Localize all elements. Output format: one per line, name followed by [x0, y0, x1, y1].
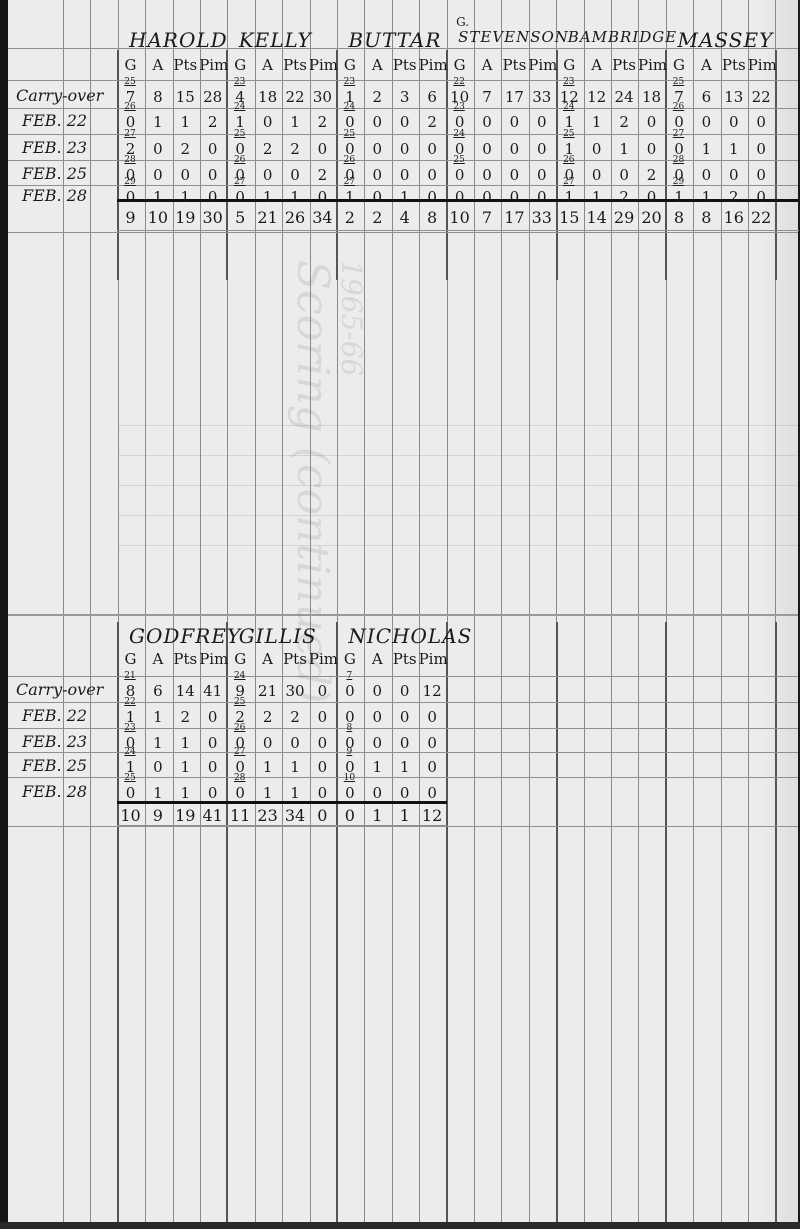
game-number: 26 [229, 156, 251, 165]
game-number: 26 [338, 156, 360, 165]
stat-cell-a: 21 [254, 684, 281, 699]
stat-cell-pim: 0 [419, 736, 446, 751]
stat-column-header: G [556, 58, 583, 73]
stat-cell-a: 0 [144, 142, 171, 157]
stat-cell-a: 1 [144, 710, 171, 725]
game-number: 26 [558, 156, 580, 165]
total-cell-pim: 30 [199, 210, 226, 226]
grid-vertical-rule [255, 0, 256, 1222]
grid-vertical-rule [721, 0, 722, 1222]
stat-cell-pts: 0 [391, 142, 418, 157]
stat-cell-pim: 0 [638, 115, 665, 130]
stat-cell-a: 0 [364, 736, 391, 751]
bottom-row-label: FEB. 25 [22, 758, 87, 774]
stat-cell-pts: 0 [391, 786, 418, 801]
stat-column-header: A [693, 58, 720, 73]
stat-column-header: G [336, 58, 363, 73]
total-cell-g: 5 [227, 210, 254, 226]
stat-cell-a: 0 [364, 684, 391, 699]
stat-cell-pim: 30 [309, 90, 336, 105]
stat-cell-a: 1 [583, 115, 610, 130]
total-cell-a: 9 [144, 808, 171, 824]
stat-column-header: Pim [419, 652, 446, 667]
game-number: 24 [448, 130, 470, 139]
stat-column-header: Pts [501, 58, 528, 73]
stat-column-header: G [117, 652, 144, 667]
game-number: 7 [338, 672, 360, 681]
stat-cell-pim: 0 [309, 786, 336, 801]
total-cell-pts: 4 [391, 210, 418, 226]
total-cell-pim: 12 [419, 808, 446, 824]
bottom-row-label: FEB. 28 [22, 784, 87, 800]
stat-cell-pts: 1 [282, 115, 309, 130]
stat-column-header: Pts [172, 652, 199, 667]
stat-cell-pts: 0 [172, 168, 199, 183]
game-number: 10 [338, 774, 360, 783]
total-cell-g: 11 [227, 808, 254, 824]
stat-cell-pim: 0 [638, 142, 665, 157]
grid-vertical-rule [173, 0, 174, 1222]
stat-cell-a: 0 [474, 142, 501, 157]
total-cell-pts: 29 [611, 210, 638, 226]
stat-column-header: Pts [391, 58, 418, 73]
stat-cell-g: 0 [117, 115, 144, 130]
game-number: 28 [229, 774, 251, 783]
stat-cell-pim: 0 [419, 168, 446, 183]
ledger-page: Scoring (continued)1965-66Carry-overFEB.… [8, 0, 798, 1222]
stat-cell-pim: 6 [419, 90, 446, 105]
stat-cell-g: 0 [336, 786, 363, 801]
game-number: 25 [448, 156, 470, 165]
bleed-through-rule [118, 425, 798, 426]
bottom-row-label: FEB. 23 [22, 734, 87, 750]
stat-cell-pts: 0 [611, 168, 638, 183]
grid-vertical-rule [638, 0, 639, 1222]
bleed-through-year: 1965-66 [335, 260, 368, 376]
stat-cell-pim: 0 [419, 760, 446, 775]
stat-column-header: Pim [309, 652, 336, 667]
stat-cell-pts: 3 [391, 90, 418, 105]
stat-cell-pim: 28 [199, 90, 226, 105]
total-cell-pim: 8 [419, 210, 446, 226]
stat-cell-pts: 0 [501, 190, 528, 205]
stat-cell-pts: 1 [391, 190, 418, 205]
game-number: 24 [119, 748, 141, 757]
stat-cell-pts: 14 [172, 684, 199, 699]
game-number: 22 [119, 698, 141, 707]
total-cell-a: 10 [144, 210, 171, 226]
stat-cell-pim: 0 [528, 190, 555, 205]
stat-cell-a: 0 [364, 168, 391, 183]
game-number: 27 [558, 178, 580, 187]
totals-underline [117, 230, 799, 231]
grid-vertical-rule [364, 0, 365, 1222]
stat-cell-g: 1 [556, 115, 583, 130]
grid-vertical-rule [501, 0, 502, 1222]
game-number: 28 [119, 156, 141, 165]
stat-cell-pts: 0 [391, 710, 418, 725]
stat-column-header: A [583, 58, 610, 73]
stat-column-header: G [227, 652, 254, 667]
total-cell-g: 9 [117, 210, 144, 226]
stat-cell-pim: 0 [309, 684, 336, 699]
stat-column-header: Pim [199, 652, 226, 667]
bleed-through-rule [118, 455, 798, 456]
stat-cell-a: 0 [583, 142, 610, 157]
stat-column-header: G [227, 58, 254, 73]
stat-cell-a: 0 [693, 168, 720, 183]
stat-column-header: A [474, 58, 501, 73]
total-cell-g: 10 [446, 210, 473, 226]
stat-cell-pim: 0 [528, 115, 555, 130]
player-initial: G. [456, 16, 469, 28]
stat-cell-pim: 2 [309, 168, 336, 183]
stat-cell-pts: 0 [720, 168, 747, 183]
game-number: 27 [229, 748, 251, 757]
grid-player-divider [336, 50, 338, 280]
game-number: 25 [119, 78, 141, 87]
stat-cell-pts: 2 [172, 710, 199, 725]
game-number: 21 [119, 672, 141, 681]
game-number: 24 [229, 103, 251, 112]
grid-vertical-rule [584, 0, 585, 1222]
stat-cell-a: 0 [364, 115, 391, 130]
grid-vertical-rule [529, 0, 530, 1222]
stat-cell-pts: 1 [172, 736, 199, 751]
total-cell-pts: 17 [501, 210, 528, 226]
stat-cell-pim: 0 [199, 168, 226, 183]
total-cell-a: 8 [693, 210, 720, 226]
stat-cell-pim: 2 [309, 115, 336, 130]
stat-column-header: Pts [172, 58, 199, 73]
stat-cell-pts: 0 [501, 168, 528, 183]
game-number: 24 [338, 103, 360, 112]
grid-vertical-rule [693, 0, 694, 1222]
total-cell-a: 14 [583, 210, 610, 226]
player-name: KELLY [239, 30, 312, 50]
stat-cell-pim: 0 [528, 142, 555, 157]
totals-rule [117, 801, 447, 804]
bleed-through-rule [118, 545, 798, 546]
stat-cell-pts: 1 [282, 786, 309, 801]
game-number: 25 [668, 78, 690, 87]
player-name: NICHOLAS [348, 626, 472, 646]
stat-cell-a: 18 [254, 90, 281, 105]
stat-cell-a: 2 [254, 142, 281, 157]
total-cell-pts: 19 [172, 210, 199, 226]
game-number: 23 [338, 78, 360, 87]
stat-cell-a: 1 [144, 786, 171, 801]
section-divider [8, 614, 798, 616]
stat-cell-pts: 1 [172, 190, 199, 205]
stat-cell-pim: 0 [309, 710, 336, 725]
stat-column-header: Pts [611, 58, 638, 73]
stat-column-header: G [336, 652, 363, 667]
stat-cell-pts: 1 [172, 786, 199, 801]
stat-cell-a: 1 [254, 760, 281, 775]
stat-column-header: Pim [528, 58, 555, 73]
stat-cell-pts: 2 [720, 190, 747, 205]
grid-horizontal-rule [8, 232, 798, 233]
stat-column-header: Pim [748, 58, 775, 73]
grid-vertical-rule [611, 0, 612, 1222]
stat-cell-a: 1 [144, 190, 171, 205]
top-row-label: FEB. 28 [22, 188, 87, 204]
stat-cell-pim: 0 [309, 760, 336, 775]
stat-cell-a: 1 [254, 190, 281, 205]
bleed-through-rule [118, 485, 798, 486]
game-number: 28 [668, 156, 690, 165]
total-cell-a: 2 [364, 210, 391, 226]
game-number: 27 [338, 178, 360, 187]
stat-cell-pts: 0 [501, 142, 528, 157]
stat-cell-pts: 1 [391, 760, 418, 775]
stat-cell-pim: 0 [748, 168, 775, 183]
grid-vertical-rule [90, 0, 91, 1222]
stat-cell-pts: 13 [720, 90, 747, 105]
stat-cell-pim: 0 [748, 142, 775, 157]
stat-cell-pts: 0 [501, 115, 528, 130]
stat-cell-pts: 2 [611, 115, 638, 130]
stat-cell-pim: 0 [199, 736, 226, 751]
stat-cell-pts: 2 [282, 710, 309, 725]
game-number: 25 [119, 774, 141, 783]
game-number: 26 [119, 103, 141, 112]
stat-cell-pts: 1 [611, 142, 638, 157]
bottom-row-label: Carry-over [16, 682, 103, 698]
grid-vertical-rule [63, 0, 64, 1222]
stat-cell-pim: 0 [748, 115, 775, 130]
stat-column-header: G [117, 58, 144, 73]
stat-column-header: Pts [720, 58, 747, 73]
game-number: 23 [558, 78, 580, 87]
stat-cell-a: 0 [474, 190, 501, 205]
stat-column-header: Pim [309, 58, 336, 73]
stat-cell-g: 0 [446, 168, 473, 183]
stat-cell-a: 12 [583, 90, 610, 105]
stat-cell-pim: 41 [199, 684, 226, 699]
player-name: GILLIS [239, 626, 317, 646]
total-cell-g: 8 [666, 210, 693, 226]
stat-cell-g: 0 [117, 786, 144, 801]
stat-cell-pim: 18 [638, 90, 665, 105]
stat-cell-pim: 0 [748, 190, 775, 205]
stat-cell-a: 0 [144, 760, 171, 775]
stat-cell-g: 1 [227, 115, 254, 130]
total-cell-pts: 34 [282, 808, 309, 824]
stat-cell-pim: 0 [309, 736, 336, 751]
stat-cell-pts: 0 [391, 684, 418, 699]
stat-cell-pts: 0 [391, 168, 418, 183]
game-number: 29 [668, 178, 690, 187]
grid-player-divider [665, 50, 667, 280]
stat-cell-pts: 24 [611, 90, 638, 105]
stat-cell-a: 2 [254, 710, 281, 725]
stat-cell-a: 1 [254, 786, 281, 801]
stat-cell-pts: 1 [282, 190, 309, 205]
stat-cell-pim: 2 [199, 115, 226, 130]
stat-column-header: Pim [638, 58, 665, 73]
stat-cell-pts: 2 [282, 142, 309, 157]
game-number: 23 [229, 78, 251, 87]
grid-player-divider [226, 50, 228, 280]
stat-column-header: Pts [391, 652, 418, 667]
stat-cell-a: 0 [364, 710, 391, 725]
stat-column-header: A [144, 652, 171, 667]
bleed-through-rule [118, 515, 798, 516]
grid-vertical-rule [474, 0, 475, 1222]
stat-column-header: Pim [199, 58, 226, 73]
total-cell-g: 15 [556, 210, 583, 226]
total-cell-pts: 19 [172, 808, 199, 824]
stat-cell-a: 0 [474, 168, 501, 183]
stat-cell-g: 0 [336, 684, 363, 699]
game-number: 25 [229, 130, 251, 139]
stat-cell-a: 2 [364, 90, 391, 105]
stat-cell-pim: 0 [199, 142, 226, 157]
stat-column-header: A [364, 58, 391, 73]
game-number: 23 [448, 103, 470, 112]
top-row-label: FEB. 22 [22, 113, 87, 129]
stat-cell-pts: 0 [391, 115, 418, 130]
game-number: 9 [338, 748, 360, 757]
stat-cell-pim: 22 [748, 90, 775, 105]
game-number: 8 [338, 724, 360, 733]
stat-cell-pim: 2 [419, 115, 446, 130]
player-name: STEVENSON [458, 30, 569, 45]
stat-cell-a: 1 [693, 190, 720, 205]
stat-cell-pts: 30 [282, 684, 309, 699]
stat-cell-pts: 15 [172, 90, 199, 105]
stat-cell-pim: 0 [419, 786, 446, 801]
top-row-label: FEB. 23 [22, 140, 87, 156]
game-number: 24 [558, 103, 580, 112]
player-name: BAMBRIDGE [568, 30, 677, 45]
total-cell-pim: 41 [199, 808, 226, 824]
stat-cell-a: 0 [254, 115, 281, 130]
stat-cell-g: 0 [227, 786, 254, 801]
stat-column-header: Pts [282, 652, 309, 667]
stat-cell-a: 6 [693, 90, 720, 105]
stat-cell-pts: 1 [172, 760, 199, 775]
stat-cell-a: 1 [693, 142, 720, 157]
grid-vertical-rule [419, 0, 420, 1222]
top-row-label: Carry-over [16, 88, 103, 104]
stat-column-header: A [364, 652, 391, 667]
game-number: 25 [338, 130, 360, 139]
stat-cell-pim: 0 [199, 760, 226, 775]
stat-cell-pim: 0 [419, 142, 446, 157]
player-name: MASSEY [678, 30, 774, 50]
total-cell-g: 10 [117, 808, 144, 824]
stat-cell-pts: 0 [282, 736, 309, 751]
stat-cell-pts: 1 [282, 760, 309, 775]
player-name: GODFREY [129, 626, 241, 646]
total-cell-pts: 1 [391, 808, 418, 824]
grid-player-divider [775, 622, 777, 1222]
stat-cell-a: 6 [144, 684, 171, 699]
stat-cell-a: 8 [144, 90, 171, 105]
stat-cell-g: 0 [446, 190, 473, 205]
stat-cell-a: 0 [254, 168, 281, 183]
stat-cell-pts: 0 [720, 115, 747, 130]
stat-column-header: A [254, 652, 281, 667]
stat-cell-pts: 2 [172, 142, 199, 157]
total-cell-a: 21 [254, 210, 281, 226]
total-cell-a: 23 [254, 808, 281, 824]
bottom-row-label: FEB. 22 [22, 708, 87, 724]
stat-cell-g: 0 [666, 115, 693, 130]
stat-cell-g: 0 [117, 190, 144, 205]
grid-vertical-rule [145, 0, 146, 1222]
stat-cell-pim: 0 [528, 168, 555, 183]
game-number: 27 [229, 178, 251, 187]
stat-cell-a: 0 [364, 786, 391, 801]
grid-player-divider [665, 622, 667, 1222]
ledger-binding-edge [0, 0, 8, 1229]
game-number: 23 [119, 724, 141, 733]
total-cell-pts: 16 [720, 210, 747, 226]
game-number: 27 [668, 130, 690, 139]
stat-cell-pim: 2 [638, 168, 665, 183]
stat-cell-pts: 0 [391, 736, 418, 751]
stat-cell-a: 1 [144, 115, 171, 130]
grid-player-divider [556, 622, 558, 1222]
stat-column-header: Pts [282, 58, 309, 73]
grid-vertical-rule [282, 0, 283, 1222]
player-name: HAROLD [129, 30, 228, 50]
grid-vertical-rule [200, 0, 201, 1222]
stat-cell-pim: 12 [419, 684, 446, 699]
stat-cell-pts: 22 [282, 90, 309, 105]
stat-cell-g: 1 [556, 190, 583, 205]
stat-cell-pim: 0 [199, 190, 226, 205]
stat-cell-g: 0 [446, 115, 473, 130]
grid-vertical-rule [748, 0, 749, 1222]
stat-cell-a: 0 [364, 190, 391, 205]
game-number: 26 [229, 724, 251, 733]
stat-column-header: Pim [419, 58, 446, 73]
stat-cell-pim: 33 [528, 90, 555, 105]
stat-cell-g: 0 [336, 115, 363, 130]
player-name: BUTTAR [348, 30, 441, 50]
game-number: 22 [448, 78, 470, 87]
stat-column-header: A [144, 58, 171, 73]
stat-cell-pts: 1 [720, 142, 747, 157]
stat-cell-g: 1 [336, 190, 363, 205]
stat-cell-a: 0 [364, 142, 391, 157]
stat-cell-g: 1 [666, 190, 693, 205]
total-cell-a: 7 [474, 210, 501, 226]
stat-cell-pim: 0 [199, 786, 226, 801]
grid-horizontal-rule [8, 826, 798, 827]
grid-player-divider [775, 50, 777, 280]
game-number: 24 [229, 672, 251, 681]
stat-cell-a: 0 [144, 168, 171, 183]
total-cell-pim: 34 [309, 210, 336, 226]
stat-cell-pts: 2 [611, 190, 638, 205]
game-number: 27 [119, 130, 141, 139]
stat-cell-pim: 0 [419, 190, 446, 205]
game-number: 26 [668, 103, 690, 112]
stat-cell-a: 0 [474, 115, 501, 130]
top-row-label: FEB. 25 [22, 166, 87, 182]
stat-column-header: G [666, 58, 693, 73]
stat-cell-pim: 0 [638, 190, 665, 205]
stat-cell-g: 0 [227, 190, 254, 205]
stat-cell-a: 1 [364, 760, 391, 775]
stat-cell-pim: 0 [419, 710, 446, 725]
